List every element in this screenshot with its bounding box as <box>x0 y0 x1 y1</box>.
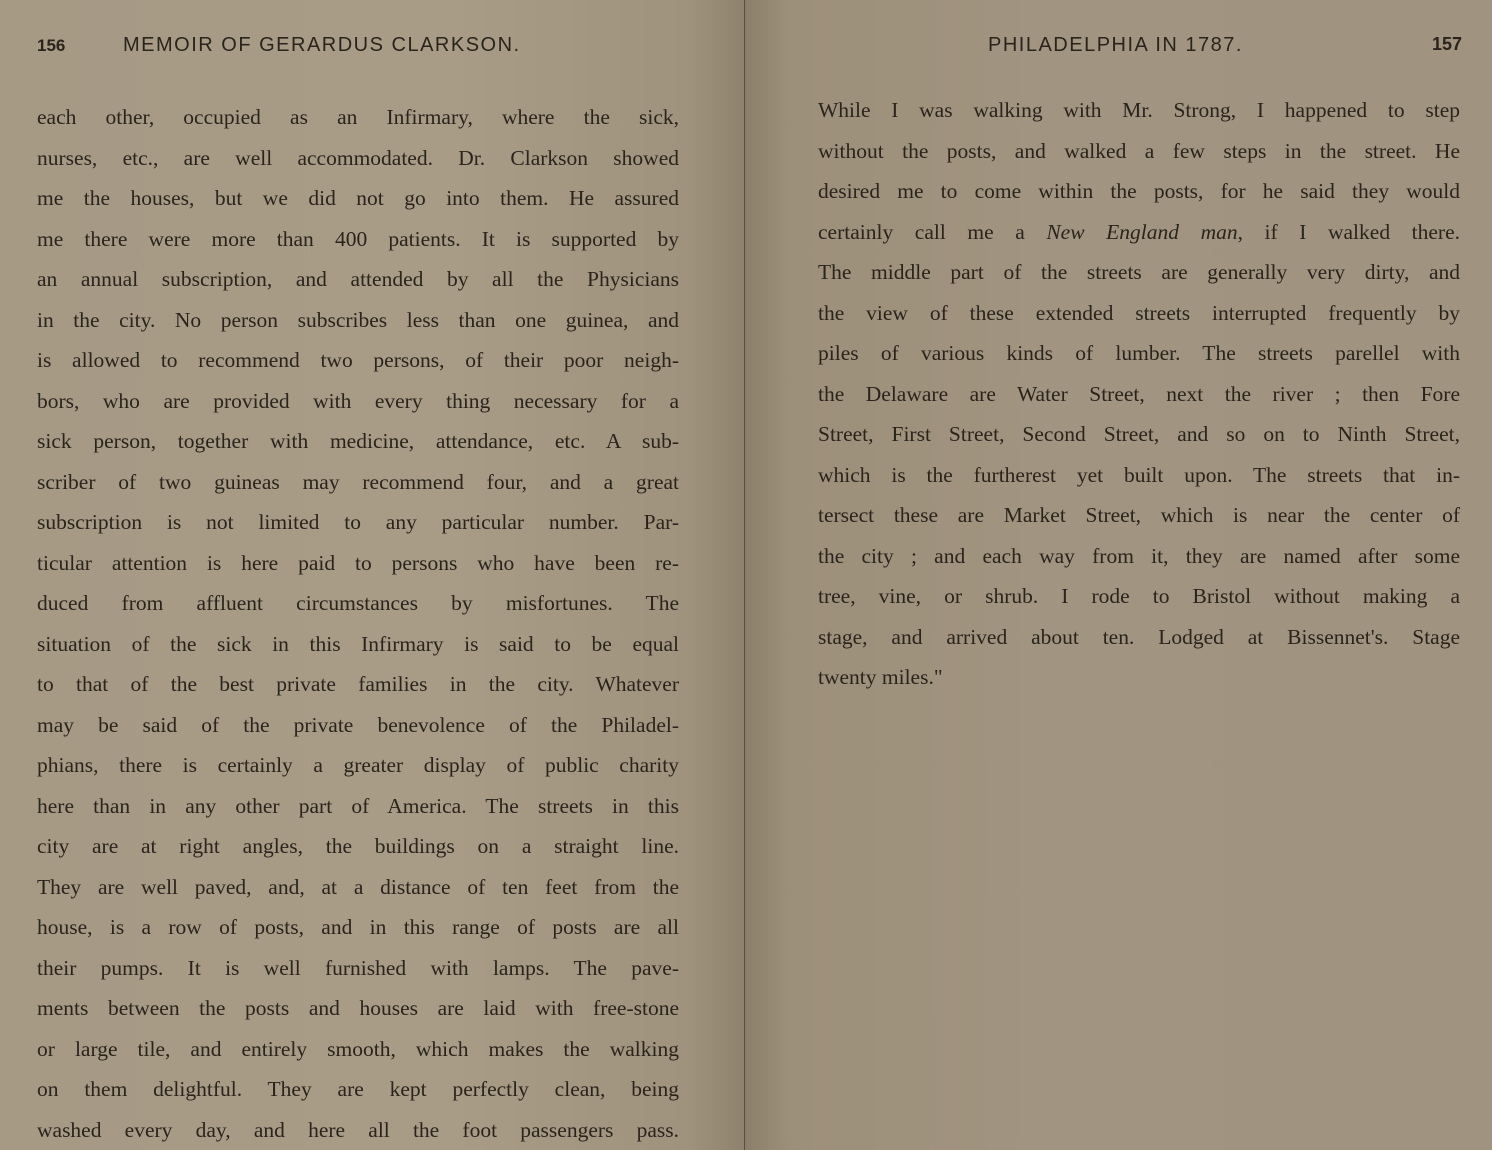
text-line: The middle part of the streets are gener… <box>818 252 1460 293</box>
text-line: ticular attention is here paid to person… <box>37 543 679 584</box>
text-line: in the city. No person subscribes less t… <box>37 300 679 341</box>
text-line: phians, there is certainly a greater dis… <box>37 745 679 786</box>
text-line: nurses, etc., are well accommodated. Dr.… <box>37 138 679 179</box>
running-head-left: MEMOIR OF GERARDUS CLARKSON. <box>123 34 521 57</box>
text-line: the Delaware are Water Street, next the … <box>818 374 1460 415</box>
text-line: which is the furtherest yet built upon. … <box>818 455 1460 496</box>
text-line: me the houses, but we did not go into th… <box>37 178 679 219</box>
text-line-with-italic: certainly call me a New England man, if … <box>818 212 1460 253</box>
text-line: each other, occupied as an Infirmary, wh… <box>37 97 679 138</box>
left-page-body: each other, occupied as an Infirmary, wh… <box>37 97 679 1150</box>
text-line: duced from affluent circumstances by mis… <box>37 583 679 624</box>
text-segment: certainly call me a <box>818 220 1025 244</box>
text-line: tree, vine, or shrub. I rode to Bristol … <box>818 576 1460 617</box>
text-line: here than in any other part of America. … <box>37 786 679 827</box>
page-number-left: 156 <box>37 36 65 56</box>
italic-phrase: New England man <box>1046 220 1237 244</box>
text-line: may be said of the private benevolence o… <box>37 705 679 746</box>
text-line: city are at right angles, the buildings … <box>37 826 679 867</box>
text-line: tersect these are Market Street, which i… <box>818 495 1460 536</box>
text-line: or large tile, and entirely smooth, whic… <box>37 1029 679 1070</box>
text-line: desired me to come within the posts, for… <box>818 171 1460 212</box>
text-line: sick person, together with medicine, att… <box>37 421 679 462</box>
text-line: While I was walking with Mr. Strong, I h… <box>818 90 1460 131</box>
running-head-right: PHILADELPHIA IN 1787. <box>988 34 1243 57</box>
text-line: the city ; and each way from it, they ar… <box>818 536 1460 577</box>
text-line: subscription is not limited to any parti… <box>37 502 679 543</box>
text-line: on them delightful. They are kept perfec… <box>37 1069 679 1110</box>
text-line: situation of the sick in this Infirmary … <box>37 624 679 665</box>
text-line: scriber of two guineas may recommend fou… <box>37 462 679 503</box>
text-segment: , if I walked there. <box>1238 220 1460 244</box>
text-line: to that of the best private families in … <box>37 664 679 705</box>
text-line: an annual subscription, and attended by … <box>37 259 679 300</box>
text-line: the view of these extended streets inter… <box>818 293 1460 334</box>
text-line: house, is a row of posts, and in this ra… <box>37 907 679 948</box>
text-line: piles of various kinds of lumber. The st… <box>818 333 1460 374</box>
text-line: ments between the posts and houses are l… <box>37 988 679 1029</box>
right-page: PHILADELPHIA IN 1787. 157 While I was wa… <box>745 0 1492 1150</box>
text-line: twenty miles." <box>818 657 1460 698</box>
text-line: without the posts, and walked a few step… <box>818 131 1460 172</box>
text-line: is allowed to recommend two persons, of … <box>37 340 679 381</box>
left-page: 156 MEMOIR OF GERARDUS CLARKSON. each ot… <box>0 0 745 1150</box>
right-page-body: While I was walking with Mr. Strong, I h… <box>818 90 1460 698</box>
text-line: washed every day, and here all the foot … <box>37 1110 679 1150</box>
text-line: their pumps. It is well furnished with l… <box>37 948 679 989</box>
text-line: stage, and arrived about ten. Lodged at … <box>818 617 1460 658</box>
text-line: They are well paved, and, at a distance … <box>37 867 679 908</box>
text-line: bors, who are provided with every thing … <box>37 381 679 422</box>
book-spread: 156 MEMOIR OF GERARDUS CLARKSON. each ot… <box>0 0 1492 1150</box>
page-number-right: 157 <box>1432 34 1462 55</box>
text-line: Street, First Street, Second Street, and… <box>818 414 1460 455</box>
text-line: me there were more than 400 patients. It… <box>37 219 679 260</box>
